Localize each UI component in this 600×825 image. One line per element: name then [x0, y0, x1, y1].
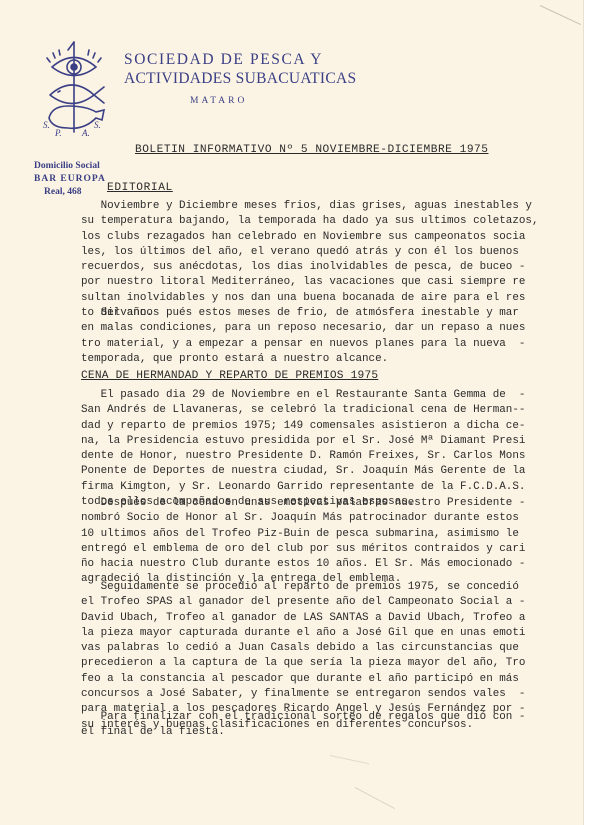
- text-line: nombró Socio de Honor al Sr. Joaquín Más…: [81, 511, 581, 526]
- text-line: les, los últimos del año, el verano qued…: [81, 245, 581, 260]
- text-line: Ponente de Deportes de nuestra ciudad, S…: [81, 464, 581, 479]
- paper-crease: [355, 787, 395, 809]
- text-line: el final de la fiesta.: [81, 725, 581, 740]
- text-line: firma Kimgton, y Sr. Leonardo Garrido re…: [81, 480, 581, 495]
- text-line: Noviembre y Diciembre meses frios, dias …: [81, 199, 581, 214]
- text-line: Sirvannos pués estos meses de frio, de a…: [81, 306, 581, 321]
- text-line: vas palabras lo cedió a Juan Casals debi…: [81, 641, 581, 656]
- text-line: tro material, y a empezar a pensar en nu…: [81, 337, 581, 352]
- editorial-heading: EDITORIAL: [107, 182, 173, 194]
- address-block: Domicilio Social BAR EUROPA Real, 468: [28, 160, 108, 199]
- text-line: na, la Presidencia estuvo presidida por …: [81, 434, 581, 449]
- document-page: S. P. A. S. SOCIEDAD DE PESCA Y ACTIVIDA…: [0, 0, 584, 825]
- cena-paragraph-2: Después de la cena en unas emotivas pala…: [81, 496, 581, 588]
- text-line: San Andrés de Llavaneras, se celebró la …: [81, 403, 581, 418]
- logo-letter-s2: S.: [94, 120, 101, 130]
- text-line: ño hacia nuestro Club durante estos 10 a…: [81, 557, 581, 572]
- address-venue: BAR EUROPA: [28, 173, 108, 186]
- text-line: 10 ultimos años del Trofeo Piz-Buin de p…: [81, 527, 581, 542]
- text-line: el Trofeo SPAS al ganador del presente a…: [81, 595, 581, 610]
- text-line: Después de la cena en unas emotivas pala…: [81, 496, 581, 511]
- org-name-line2: ACTIVIDADES SUBACUATICAS: [124, 69, 334, 88]
- spas-logo-icon: S. P. A. S.: [38, 40, 108, 140]
- bulletin-title: BOLETIN INFORMATIVO Nº 5 NOVIEMBRE-DICIE…: [135, 144, 488, 156]
- editorial-paragraph-1: Noviembre y Diciembre meses frios, dias …: [81, 199, 581, 321]
- text-line: precedieron a la captura de la que sería…: [81, 656, 581, 671]
- text-line: David Ubach, Trofeo al ganador de LAS SA…: [81, 611, 581, 626]
- logo-letter-s1: S.: [43, 120, 50, 130]
- cena-paragraph-4: Para finalizar con el tradicional sorteo…: [81, 710, 581, 741]
- text-line: los clubs rezagados han celebrado en Nov…: [81, 230, 581, 245]
- logo-letter-a: A.: [81, 128, 90, 138]
- org-city: MATARO: [124, 94, 334, 108]
- cena-heading: CENA DE HERMANDAD Y REPARTO DE PREMIOS 1…: [81, 370, 378, 382]
- address-label: Domicilio Social: [28, 160, 108, 173]
- text-line: sultan inolvidables y nos dan una buena …: [81, 291, 581, 306]
- text-line: por nuestro litoral Mediterráneo, las va…: [81, 275, 581, 290]
- text-line: feo a la constancia al pescador que dura…: [81, 672, 581, 687]
- address-street: Real, 468: [28, 186, 108, 199]
- text-line: concursos a José Sabater, y finalmente s…: [81, 687, 581, 702]
- text-line: su temperatura bajando, la temporada ha …: [81, 214, 581, 229]
- logo-letter-p: P.: [54, 128, 62, 138]
- org-name-line1: SOCIEDAD DE PESCA Y: [124, 50, 334, 69]
- text-line: recuerdos, sus anécdotas, los dias inolv…: [81, 260, 581, 275]
- text-line: dente de Honor, nuestro Presidente D. Ra…: [81, 449, 581, 464]
- paper-crease: [540, 5, 581, 25]
- text-line: Para finalizar con el tradicional sorteo…: [81, 710, 581, 725]
- text-line: la pieza mayor capturada durante el año …: [81, 626, 581, 641]
- organization-name: SOCIEDAD DE PESCA Y ACTIVIDADES SUBACUAT…: [124, 50, 334, 108]
- text-line: temporada, que pronto estará a nuestro a…: [81, 352, 581, 367]
- editorial-paragraph-2: Sirvannos pués estos meses de frio, de a…: [81, 306, 581, 367]
- text-line: entregó el emblema de oro del club por s…: [81, 542, 581, 557]
- paper-crease: [330, 755, 369, 764]
- text-line: El pasado dia 29 de Noviembre en el Rest…: [81, 388, 581, 403]
- cena-paragraph-1: El pasado dia 29 de Noviembre en el Rest…: [81, 388, 581, 510]
- text-line: en malas condiciones, para un reposo nec…: [81, 321, 581, 336]
- text-line: Seguidamente se procedió al reparto de p…: [81, 580, 581, 595]
- text-line: dad y reparto de premios 1975; 149 comen…: [81, 419, 581, 434]
